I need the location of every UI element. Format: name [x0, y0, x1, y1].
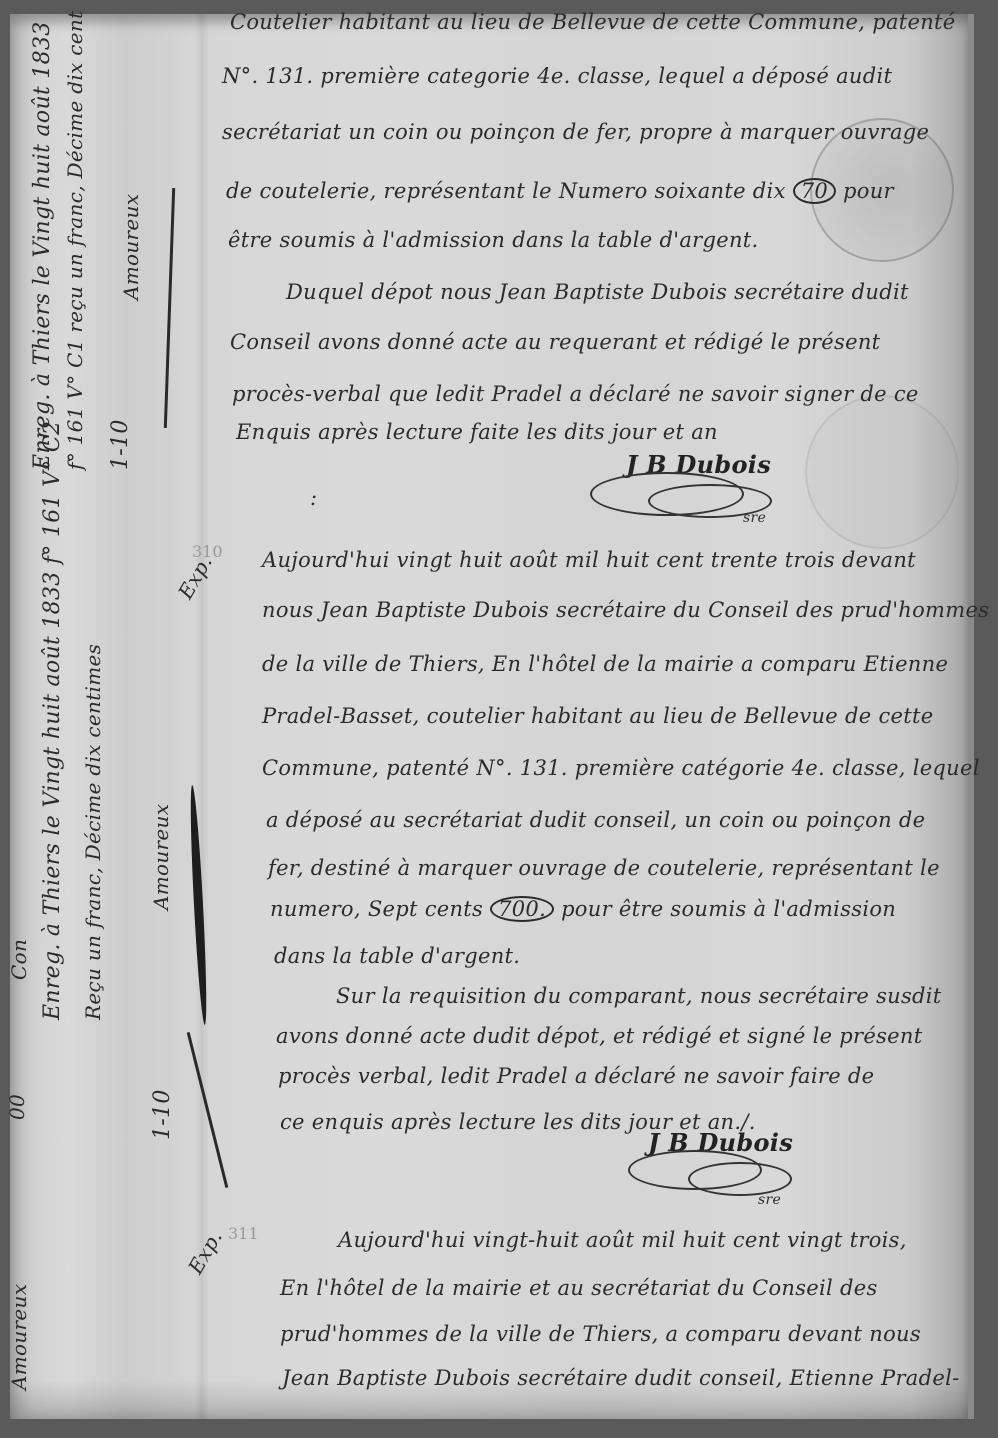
- text-fragment: de coutelerie, représentant le Numero so…: [226, 179, 786, 203]
- text-line: prud'hommes de la ville de Thiers, a com…: [280, 1322, 921, 1346]
- text-line: être soumis à l'admission dans la table …: [228, 228, 758, 252]
- text-fragment: numero, Sept cents: [270, 897, 483, 921]
- circled-number: 700.: [490, 896, 554, 922]
- signature-suffix: sre: [743, 506, 766, 530]
- margin-registration-2-line-1: Enreg. à Thiers le Vingt huit août 1833 …: [40, 421, 66, 1020]
- text-line: avons donné acte dudit dépot, et rédigé …: [276, 1024, 922, 1048]
- text-line: Coutelier habitant au lieu de Bellevue d…: [230, 10, 956, 34]
- edge-fragment: Con: [6, 939, 32, 980]
- text-line: de la ville de Thiers, En l'hôtel de la …: [262, 652, 948, 676]
- text-line: procès verbal, ledit Pradel a déclaré ne…: [278, 1064, 874, 1088]
- edge-fragment: 00: [4, 1094, 30, 1120]
- text-line: de coutelerie, représentant le Numero so…: [226, 178, 894, 204]
- text-line: fer, destiné à marquer ouvrage de coutel…: [268, 856, 940, 880]
- text-line: N°. 131. première categorie 4e. classe, …: [222, 64, 892, 88]
- edge-fragment: Amoureux: [6, 1284, 32, 1390]
- text-line: En l'hôtel de la mairie et au secrétaria…: [280, 1276, 878, 1300]
- text-line: Duquel dépot nous Jean Baptiste Dubois s…: [286, 280, 909, 304]
- text-line: numero, Sept cents 700. pour être soumis…: [270, 896, 896, 922]
- page-fold-shadow: [195, 14, 209, 1419]
- margin-registration-2-amount: 1-10: [150, 1089, 176, 1140]
- text-line: Sur la requisition du comparant, nous se…: [336, 984, 942, 1008]
- margin-registration-2-signature: Amoureux: [148, 804, 174, 910]
- text-fragment: pour: [843, 179, 894, 203]
- pencil-number: 311: [228, 1222, 259, 1246]
- signature-suffix: sre: [758, 1188, 781, 1212]
- text-line: Jean Baptiste Dubois secrétaire dudit co…: [282, 1366, 960, 1390]
- text-line: Aujourd'hui vingt-huit août mil huit cen…: [338, 1228, 907, 1252]
- text-line: nous Jean Baptiste Dubois secrétaire du …: [262, 598, 989, 622]
- margin-registration-2-line-2: Reçu un franc, Décime dix centimes: [80, 644, 106, 1020]
- margin-registration-1-signature: Amoureux: [118, 194, 144, 300]
- text-line: dans la table d'argent.: [274, 944, 520, 968]
- text-line: procès-verbal que ledit Pradel a déclaré…: [232, 382, 919, 406]
- margin-registration-1-line-1: Enreg. à Thiers le Vingt huit août 1833: [30, 21, 56, 470]
- text-line: a déposé au secrétariat dudit conseil, u…: [266, 808, 925, 832]
- text-line: Conseil avons donné acte au requerant et…: [230, 330, 880, 354]
- text-line: Commune, patenté N°. 131. première catég…: [262, 756, 980, 780]
- text-line: Enquis après lecture faite les dits jour…: [236, 420, 718, 444]
- text-line: Aujourd'hui vingt huit août mil huit cen…: [262, 548, 916, 572]
- text-line: secrétariat un coin ou poinçon de fer, p…: [222, 120, 929, 144]
- circled-number: 70: [793, 178, 836, 204]
- margin-registration-1-amount: 1-10: [108, 419, 134, 470]
- margin-registration-1-line-2: f° 161 V° C1 reçu un franc, Décime dix c…: [62, 11, 88, 470]
- text-line: Pradel-Basset, coutelier habitant au lie…: [262, 704, 933, 728]
- main-text-column: Coutelier habitant au lieu de Bellevue d…: [218, 0, 978, 1438]
- separator-mark: :: [310, 486, 317, 510]
- text-fragment: pour être soumis à l'admission: [561, 897, 896, 921]
- pencil-number: 310: [192, 540, 223, 564]
